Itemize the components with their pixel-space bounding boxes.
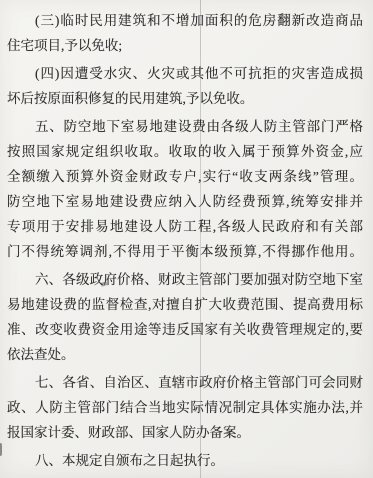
document-text-line: 七、各省、自治区、直辖市政府价格主管部门可会同财 xyxy=(7,370,363,395)
scanned-document-page: (三)临时民用建筑和不增加面积的危房翻新改造商品住宅项目,予以免收;(四)因遭受… xyxy=(0,0,373,478)
document-text-line: 依法查处。 xyxy=(7,342,363,367)
scan-edge-artifact xyxy=(0,443,2,456)
document-text-line: (四)因遭受水灾、火灾或其他不可抗拒的灾害造成损 xyxy=(7,61,363,86)
document-text-line: 防空地下室易地建设费应纳入人防经费预算,统筹安排并 xyxy=(7,189,363,214)
document-text-line: 准、改变收费资金用途等违反国家有关收费管理规定的,要 xyxy=(7,317,363,342)
document-text-line: 按照国家规定组织收取。收取的收入属于预算外资金,应 xyxy=(7,139,363,164)
document-text-line: 六、各级政府价格、财政主管部门要加强对防空地下室 xyxy=(7,267,363,292)
document-text-line: 坏后按原面积修复的民用建筑,予以免收。 xyxy=(7,86,363,111)
document-text-line: 八、本规定自颁布之日起执行。 xyxy=(7,448,363,473)
document-text-line: 五、防空地下室易地建设费由各级人防主管部门严格 xyxy=(7,114,363,139)
document-text-block: (三)临时民用建筑和不增加面积的危房翻新改造商品住宅项目,予以免收;(四)因遭受… xyxy=(7,8,363,473)
document-text-line: 住宅项目,予以免收; xyxy=(7,33,363,58)
document-text-line: (三)临时民用建筑和不增加面积的危房翻新改造商品 xyxy=(7,8,363,33)
document-text-line: 易地建设费的监督检查,对擅自扩大收费范围、提高费用标 xyxy=(7,292,363,317)
document-text-line: 全额缴入预算外资金财政专户,实行“收支两条线”管理。 xyxy=(7,164,363,189)
document-text-line: 报国家计委、财政部、国家人防办备案。 xyxy=(7,420,363,445)
document-text-line: 门不得统筹调剂,不得用于平衡本级预算,不得挪作他用。 xyxy=(7,239,363,264)
document-text-line: 专项用于安排易地建设人防工程,各级人民政府和有关部 xyxy=(7,214,363,239)
document-text-line: 政、人防主管部门结合当地实际情况制定具体实施办法,并 xyxy=(7,395,363,420)
